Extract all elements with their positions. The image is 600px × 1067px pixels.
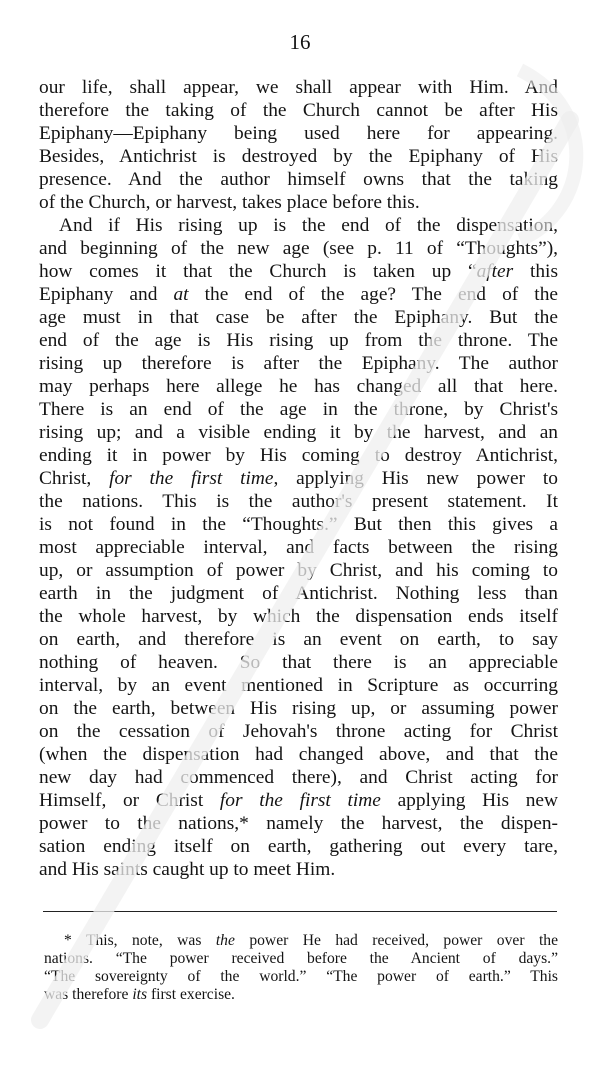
text-segment: our life, shall appear, we shall appear … bbox=[39, 77, 558, 98]
footnote-line: “The sovereignty of the world.” “The pow… bbox=[44, 968, 558, 986]
text-line: may perhaps here allege he has changed a… bbox=[39, 375, 558, 398]
text-segment: therefore the taking of the Church canno… bbox=[39, 100, 558, 121]
text-line: Himself, or Christ for the first time ap… bbox=[39, 789, 558, 812]
body-text: our life, shall appear, we shall appear … bbox=[39, 76, 558, 881]
text-segment: “The sovereignty of the world.” “The pow… bbox=[44, 968, 558, 985]
text-segment: And if His rising up is the end of the d… bbox=[59, 215, 558, 236]
footnote-divider bbox=[43, 911, 557, 912]
text-line: sation ending itself on earth, gathering… bbox=[39, 835, 558, 858]
text-segment: rising up therefore is after the Epiphan… bbox=[39, 353, 558, 374]
text-line: earth in the judgment of Antichrist. Not… bbox=[39, 582, 558, 605]
text-segment: power to the nations,* namely the harves… bbox=[39, 813, 558, 834]
text-segment: on earth, and therefore is an event on e… bbox=[39, 629, 558, 650]
text-line: rising up; and a visible ending it by th… bbox=[39, 421, 558, 444]
text-line: Epiphany and at the end of the age? The … bbox=[39, 283, 558, 306]
text-segment: presence. And the author himself owns th… bbox=[39, 169, 558, 190]
footnote-line: nations. “The power received before the … bbox=[44, 950, 558, 968]
text-segment: how comes it that the Church is taken up… bbox=[39, 261, 477, 282]
text-line: And if His rising up is the end of the d… bbox=[39, 214, 558, 237]
text-line: rising up therefore is after the Epiphan… bbox=[39, 352, 558, 375]
text-segment: nothing of heaven. So that there is an a… bbox=[39, 652, 558, 673]
text-line: interval, by an event mentioned in Scrip… bbox=[39, 674, 558, 697]
text-segment: may perhaps here allege he has changed a… bbox=[39, 376, 558, 397]
text-segment: sation ending itself on earth, gathering… bbox=[39, 836, 558, 857]
text-line: There is an end of the age in the throne… bbox=[39, 398, 558, 421]
text-line: on the earth, between His rising up, or … bbox=[39, 697, 558, 720]
text-line: of the Church, or harvest, takes place b… bbox=[39, 191, 558, 214]
text-segment: ending it in power by His coming to dest… bbox=[39, 445, 558, 466]
page-number: 16 bbox=[0, 30, 600, 54]
text-line: most appreciable interval, and facts bet… bbox=[39, 536, 558, 559]
italic-text: after bbox=[477, 261, 514, 282]
text-segment: applying His new bbox=[381, 790, 558, 811]
text-line: (when the dispensation had changed above… bbox=[39, 743, 558, 766]
text-segment: Epiphany and bbox=[39, 284, 173, 305]
text-segment: of the Church, or harvest, takes place b… bbox=[39, 192, 420, 213]
text-line: presence. And the author himself owns th… bbox=[39, 168, 558, 191]
text-segment: power He had received, power over the bbox=[235, 932, 558, 949]
text-line: Besides, Antichrist is destroyed by the … bbox=[39, 145, 558, 168]
footnote: * This, note, was the power He had recei… bbox=[44, 932, 558, 1004]
text-line: power to the nations,* namely the harves… bbox=[39, 812, 558, 835]
text-segment: and His saints caught up to meet Him. bbox=[39, 859, 335, 880]
italic-text: at bbox=[173, 284, 188, 305]
text-line: up, or assumption of power by Christ, an… bbox=[39, 559, 558, 582]
footnote-line: * This, note, was the power He had recei… bbox=[44, 932, 558, 950]
text-line: age must in that case be after the Epiph… bbox=[39, 306, 558, 329]
text-segment: rising up; and a visible ending it by th… bbox=[39, 422, 558, 443]
italic-text: its bbox=[132, 986, 147, 1003]
text-segment: the whole harvest, by which the dispensa… bbox=[39, 606, 558, 627]
italic-text: for the first time bbox=[109, 468, 273, 489]
text-segment: age must in that case be after the Epiph… bbox=[39, 307, 558, 328]
text-line: and His saints caught up to meet Him. bbox=[39, 858, 558, 881]
text-line: ending it in power by His coming to dest… bbox=[39, 444, 558, 467]
text-line: the whole harvest, by which the dispensa… bbox=[39, 605, 558, 628]
text-segment: Besides, Antichrist is destroyed by the … bbox=[39, 146, 558, 167]
text-line: nothing of heaven. So that there is an a… bbox=[39, 651, 558, 674]
text-line: is not found in the “Thoughts.” But then… bbox=[39, 513, 558, 536]
italic-text: the bbox=[216, 932, 235, 949]
text-segment: is not found in the “Thoughts.” But then… bbox=[39, 514, 558, 535]
text-segment: (when the dispensation had changed above… bbox=[39, 744, 558, 765]
text-line: Epiphany—Epiphany being used here for ap… bbox=[39, 122, 558, 145]
text-line: on the cessation of Jehovah's throne act… bbox=[39, 720, 558, 743]
text-segment: first exercise. bbox=[147, 986, 235, 1003]
text-line: and beginning of the new age (see p. 11 … bbox=[39, 237, 558, 260]
text-segment: new day had commenced there), and Christ… bbox=[39, 767, 558, 788]
text-segment: end of the age is His rising up from the… bbox=[39, 330, 558, 351]
text-segment: nations. “The power received before the … bbox=[44, 950, 558, 967]
text-line: on earth, and therefore is an event on e… bbox=[39, 628, 558, 651]
text-segment: There is an end of the age in the throne… bbox=[39, 399, 558, 420]
text-segment: Christ, bbox=[39, 468, 109, 489]
text-line: end of the age is His rising up from the… bbox=[39, 329, 558, 352]
text-line: the nations. This is the author's presen… bbox=[39, 490, 558, 513]
footnote-line: was therefore its first exercise. bbox=[44, 986, 558, 1004]
text-segment: was therefore bbox=[44, 986, 132, 1003]
text-segment: earth in the judgment of Antichrist. Not… bbox=[39, 583, 558, 604]
text-segment: the nations. This is the author's presen… bbox=[39, 491, 558, 512]
text-segment: interval, by an event mentioned in Scrip… bbox=[39, 675, 558, 696]
text-segment: Epiphany—Epiphany being used here for ap… bbox=[39, 123, 558, 144]
text-segment: Himself, or Christ bbox=[39, 790, 220, 811]
text-line: how comes it that the Church is taken up… bbox=[39, 260, 558, 283]
text-line: Christ, for the first time, applying His… bbox=[39, 467, 558, 490]
text-segment: the end of the age? The end of the bbox=[189, 284, 558, 305]
text-segment: on the earth, between His rising up, or … bbox=[39, 698, 558, 719]
text-line: therefore the taking of the Church canno… bbox=[39, 99, 558, 122]
italic-text: for the first time bbox=[220, 790, 381, 811]
text-segment: this bbox=[513, 261, 558, 282]
text-segment: and beginning of the new age (see p. 11 … bbox=[39, 238, 558, 259]
text-segment: up, or assumption of power by Christ, an… bbox=[39, 560, 558, 581]
text-line: our life, shall appear, we shall appear … bbox=[39, 76, 558, 99]
text-segment: , applying His new power to bbox=[273, 468, 558, 489]
text-line: new day had commenced there), and Christ… bbox=[39, 766, 558, 789]
text-segment: on the cessation of Jehovah's throne act… bbox=[39, 721, 558, 742]
text-segment: * This, note, was bbox=[64, 932, 216, 949]
text-segment: most appreciable interval, and facts bet… bbox=[39, 537, 558, 558]
